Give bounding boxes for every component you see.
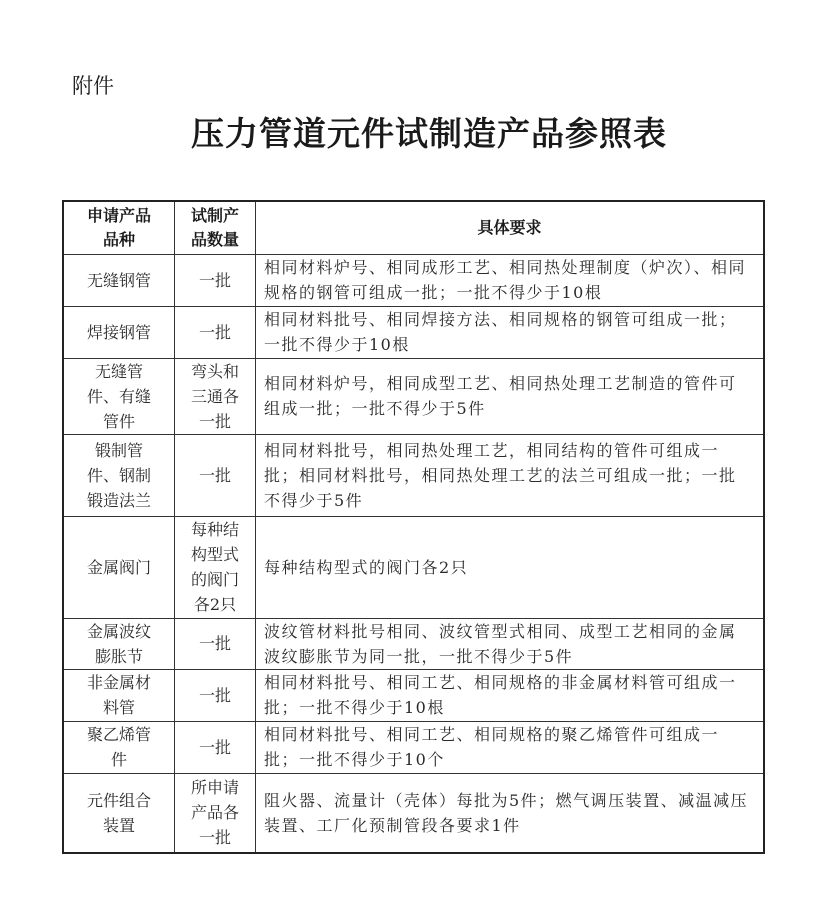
table-row: 金属波纹膨胀节 一批 波纹管材料批号相同、波纹管型式相同、成型工艺相同的金属波纹… xyxy=(63,618,764,669)
requirement-cell: 波纹管材料批号相同、波纹管型式相同、成型工艺相同的金属波纹膨胀节为同一批，一批不… xyxy=(256,618,765,669)
requirement-cell: 相同材料批号，相同热处理工艺，相同结构的管件可组成一批；相同材料批号，相同热处理… xyxy=(256,434,765,516)
table-row: 锻制管件、钢制锻造法兰 一批 相同材料批号，相同热处理工艺，相同结构的管件可组成… xyxy=(63,434,764,516)
requirement-cell: 相同材料炉号，相同成型工艺、相同热处理工艺制造的管件可组成一批；一批不得少于5件 xyxy=(256,358,765,434)
table-row: 聚乙烯管件 一批 相同材料批号、相同工艺、相同规格的聚乙烯管件可组成一批；一批不… xyxy=(63,721,764,773)
attachment-label: 附件 xyxy=(72,70,114,100)
quantity-cell: 一批 xyxy=(175,618,256,669)
product-cell: 无缝管件、有缝管件 xyxy=(63,358,175,434)
product-cell: 锻制管件、钢制锻造法兰 xyxy=(63,434,175,516)
quantity-cell: 一批 xyxy=(175,434,256,516)
table-row: 无缝管件、有缝管件 弯头和三通各一批 相同材料炉号，相同成型工艺、相同热处理工艺… xyxy=(63,358,764,434)
quantity-cell: 一批 xyxy=(175,721,256,773)
requirement-cell: 相同材料炉号、相同成形工艺、相同热处理制度（炉次）、相同规格的钢管可组成一批；一… xyxy=(256,254,765,306)
column-header-requirement: 具体要求 xyxy=(256,201,765,254)
requirement-cell: 阻火器、流量计（壳体）每批为5件；燃气调压装置、减温减压装置、工厂化预制管段各要… xyxy=(256,773,765,853)
table-row: 非金属材料管 一批 相同材料批号、相同工艺、相同规格的非金属材料管可组成一批；一… xyxy=(63,669,764,721)
column-header-quantity: 试制产品数量 xyxy=(175,201,256,254)
quantity-cell: 每种结构型式的阀门各2只 xyxy=(175,516,256,618)
requirement-cell: 相同材料批号、相同工艺、相同规格的聚乙烯管件可组成一批；一批不得少于10个 xyxy=(256,721,765,773)
product-cell: 无缝钢管 xyxy=(63,254,175,306)
product-cell: 金属波纹膨胀节 xyxy=(63,618,175,669)
column-header-product: 申请产品品种 xyxy=(63,201,175,254)
product-cell: 金属阀门 xyxy=(63,516,175,618)
quantity-cell: 弯头和三通各一批 xyxy=(175,358,256,434)
product-cell: 元件组合装置 xyxy=(63,773,175,853)
quantity-cell: 所申请产品各一批 xyxy=(175,773,256,853)
requirement-cell: 相同材料批号、相同工艺、相同规格的非金属材料管可组成一批；一批不得少于10根 xyxy=(256,669,765,721)
product-cell: 非金属材料管 xyxy=(63,669,175,721)
requirement-cell: 每种结构型式的阀门各2只 xyxy=(256,516,765,618)
reference-table: 申请产品品种 试制产品数量 具体要求 无缝钢管 一批 相同材料炉号、相同成形工艺… xyxy=(62,200,765,854)
document-title: 压力管道元件试制造产品参照表 xyxy=(0,108,828,155)
table-row: 元件组合装置 所申请产品各一批 阻火器、流量计（壳体）每批为5件；燃气调压装置、… xyxy=(63,773,764,853)
quantity-cell: 一批 xyxy=(175,306,256,358)
quantity-cell: 一批 xyxy=(175,254,256,306)
product-cell: 焊接钢管 xyxy=(63,306,175,358)
table-row: 金属阀门 每种结构型式的阀门各2只 每种结构型式的阀门各2只 xyxy=(63,516,764,618)
requirement-cell: 相同材料批号、相同焊接方法、相同规格的钢管可组成一批；一批不得少于10根 xyxy=(256,306,765,358)
table-row: 焊接钢管 一批 相同材料批号、相同焊接方法、相同规格的钢管可组成一批；一批不得少… xyxy=(63,306,764,358)
table-row: 无缝钢管 一批 相同材料炉号、相同成形工艺、相同热处理制度（炉次）、相同规格的钢… xyxy=(63,254,764,306)
product-cell: 聚乙烯管件 xyxy=(63,721,175,773)
quantity-cell: 一批 xyxy=(175,669,256,721)
